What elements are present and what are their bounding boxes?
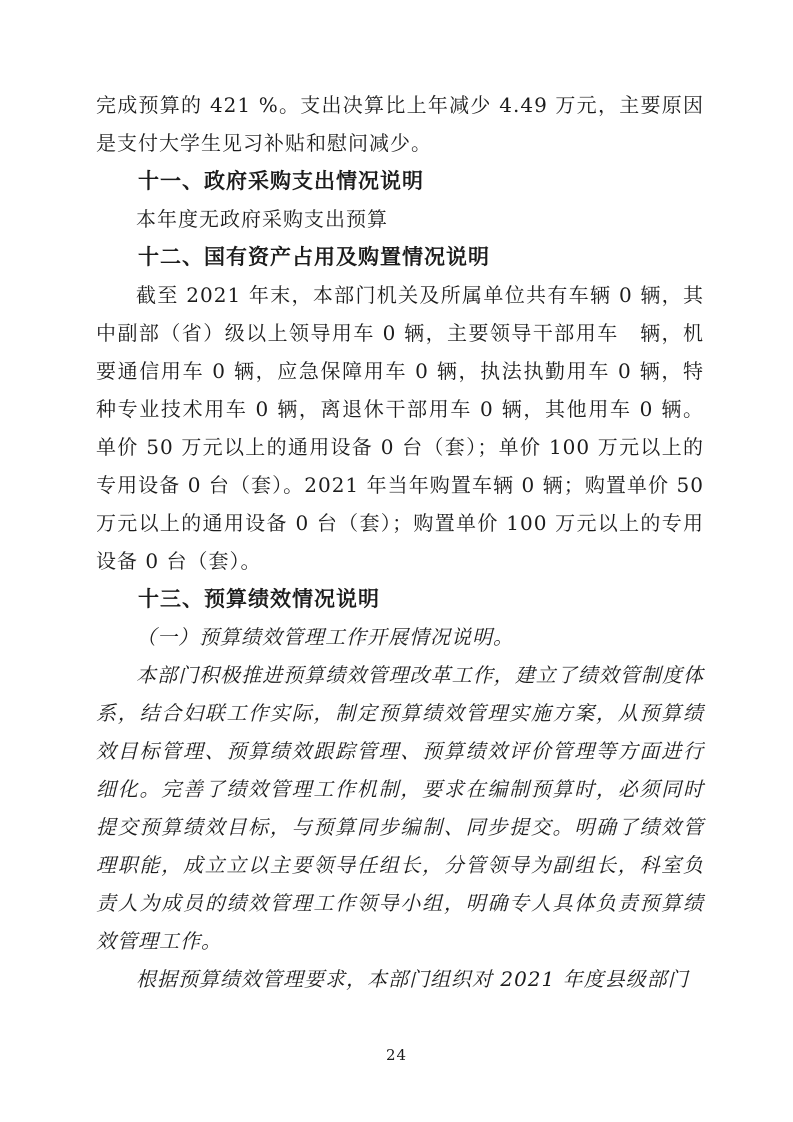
document-content: 完成预算的 421 %。支出决算比上年减少 4.49 万元，主要原因是支付大学生…	[96, 86, 704, 998]
paragraph-performance-management-overview: 本部门积极推进预算绩效管理改革工作，建立了绩效管制度体系，结合妇联工作实际，制定…	[96, 656, 704, 960]
page-number: 24	[0, 1046, 793, 1064]
paragraph-vehicles-and-equipment: 截至 2021 年末，本部门机关及所属单位共有车辆 0 辆，其中副部（省）级以上…	[96, 276, 704, 580]
heading-section-12-state-assets: 十二、国有资产占用及购置情况说明	[96, 238, 704, 276]
paragraph-budget-completion-continued: 完成预算的 421 %。支出决算比上年减少 4.49 万元，主要原因是支付大学生…	[96, 86, 704, 162]
subheading-performance-management-item-1: （一）预算绩效管理工作开展情况说明。	[96, 618, 704, 656]
heading-section-13-budget-performance: 十三、预算绩效情况说明	[96, 580, 704, 618]
paragraph-performance-evaluation-intro: 根据预算绩效管理要求，本部门组织对 2021 年度县级部门	[96, 960, 704, 998]
heading-section-11-government-procurement: 十一、政府采购支出情况说明	[96, 162, 704, 200]
document-page: 完成预算的 421 %。支出决算比上年减少 4.49 万元，主要原因是支付大学生…	[0, 0, 793, 1122]
paragraph-no-procurement-budget: 本年度无政府采购支出预算	[96, 200, 704, 238]
